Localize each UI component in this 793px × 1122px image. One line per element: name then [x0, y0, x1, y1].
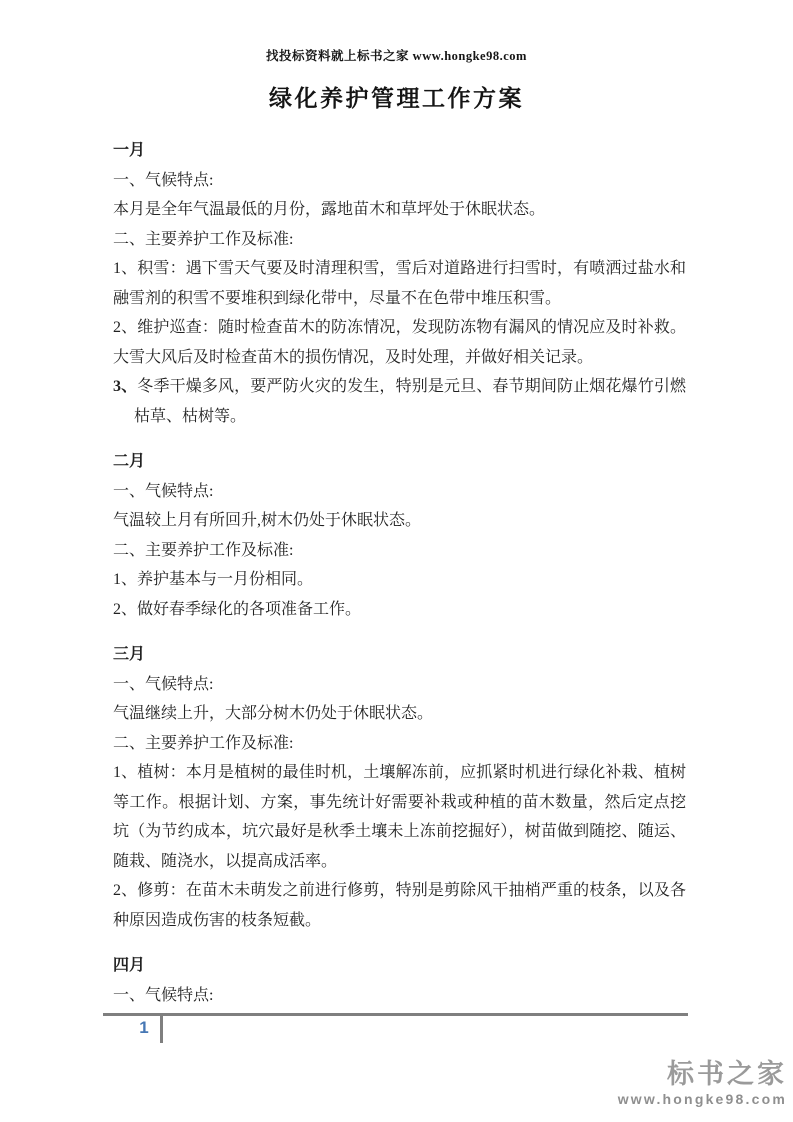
document-title: 绿化养护管理工作方案 — [0, 80, 793, 113]
footer-rule — [103, 1013, 688, 1016]
month-heading: 二月 — [113, 447, 686, 477]
month-heading: 四月 — [113, 951, 686, 981]
document-page: 找投标资料就上标书之家 www.hongke98.com 绿化养护管理工作方案 … — [0, 0, 793, 1122]
paragraph: 气温继续上升，大部分树木仍处于休眠状态。 — [113, 699, 686, 729]
paragraph: 二、主要养护工作及标准: — [113, 225, 686, 255]
brand-url: www.hongke98.com — [618, 1090, 787, 1108]
paragraph: 一、气候特点: — [113, 166, 686, 196]
page-number: 1 — [131, 1018, 157, 1038]
month-heading: 三月 — [113, 640, 686, 670]
paragraph: 2、做好春季绿化的各项准备工作。 — [113, 595, 686, 625]
paragraph: 2、修剪：在苗木未萌发之前进行修剪，特别是剪除风干抽梢严重的枝条，以及各种原因造… — [113, 876, 686, 935]
paragraph: 二、主要养护工作及标准: — [113, 729, 686, 759]
paragraph: 一、气候特点: — [113, 981, 686, 1011]
document-body: 一月 一、气候特点: 本月是全年气温最低的月份，露地苗木和草坪处于休眠状态。 二… — [113, 136, 686, 1010]
list-number: 3、 — [113, 378, 137, 395]
footer-separator-line — [160, 1016, 163, 1043]
section-january: 一月 一、气候特点: 本月是全年气温最低的月份，露地苗木和草坪处于休眠状态。 二… — [113, 136, 686, 431]
paragraph: 1、植树：本月是植树的最佳时机，土壤解冻前，应抓紧时机进行绿化补栽、植树等工作。… — [113, 758, 686, 876]
paragraph: 二、主要养护工作及标准: — [113, 536, 686, 566]
paragraph: 本月是全年气温最低的月份，露地苗木和草坪处于休眠状态。 — [113, 195, 686, 225]
section-april: 四月 一、气候特点: — [113, 951, 686, 1010]
list-item-paragraph: 3、冬季干燥多风，要严防火灾的发生，特别是元旦、春节期间防止烟花爆竹引燃枯草、枯… — [113, 372, 686, 431]
paragraph: 一、气候特点: — [113, 477, 686, 507]
paragraph: 1、积雪：遇下雪天气要及时清理积雪，雪后对道路进行扫雪时，有喷洒过盐水和融雪剂的… — [113, 254, 686, 313]
paragraph: 气温较上月有所回升,树木仍处于休眠状态。 — [113, 506, 686, 536]
month-heading: 一月 — [113, 136, 686, 166]
paragraph: 1、养护基本与一月份相同。 — [113, 565, 686, 595]
header-watermark-text: 找投标资料就上标书之家 www.hongke98.com — [0, 46, 793, 64]
section-february: 二月 一、气候特点: 气温较上月有所回升,树木仍处于休眠状态。 二、主要养护工作… — [113, 447, 686, 624]
paragraph: 2、维护巡查：随时检查苗木的防冻情况，发现防冻物有漏风的情况应及时补救。大雪大风… — [113, 313, 686, 372]
brand-watermark: 标书之家 www.hongke98.com — [618, 1058, 787, 1108]
brand-name: 标书之家 — [618, 1058, 787, 1090]
section-march: 三月 一、气候特点: 气温继续上升，大部分树木仍处于休眠状态。 二、主要养护工作… — [113, 640, 686, 935]
paragraph: 一、气候特点: — [113, 670, 686, 700]
list-item-text: 冬季干燥多风，要严防火灾的发生，特别是元旦、春节期间防止烟花爆竹引燃枯草、枯树等… — [134, 378, 686, 425]
